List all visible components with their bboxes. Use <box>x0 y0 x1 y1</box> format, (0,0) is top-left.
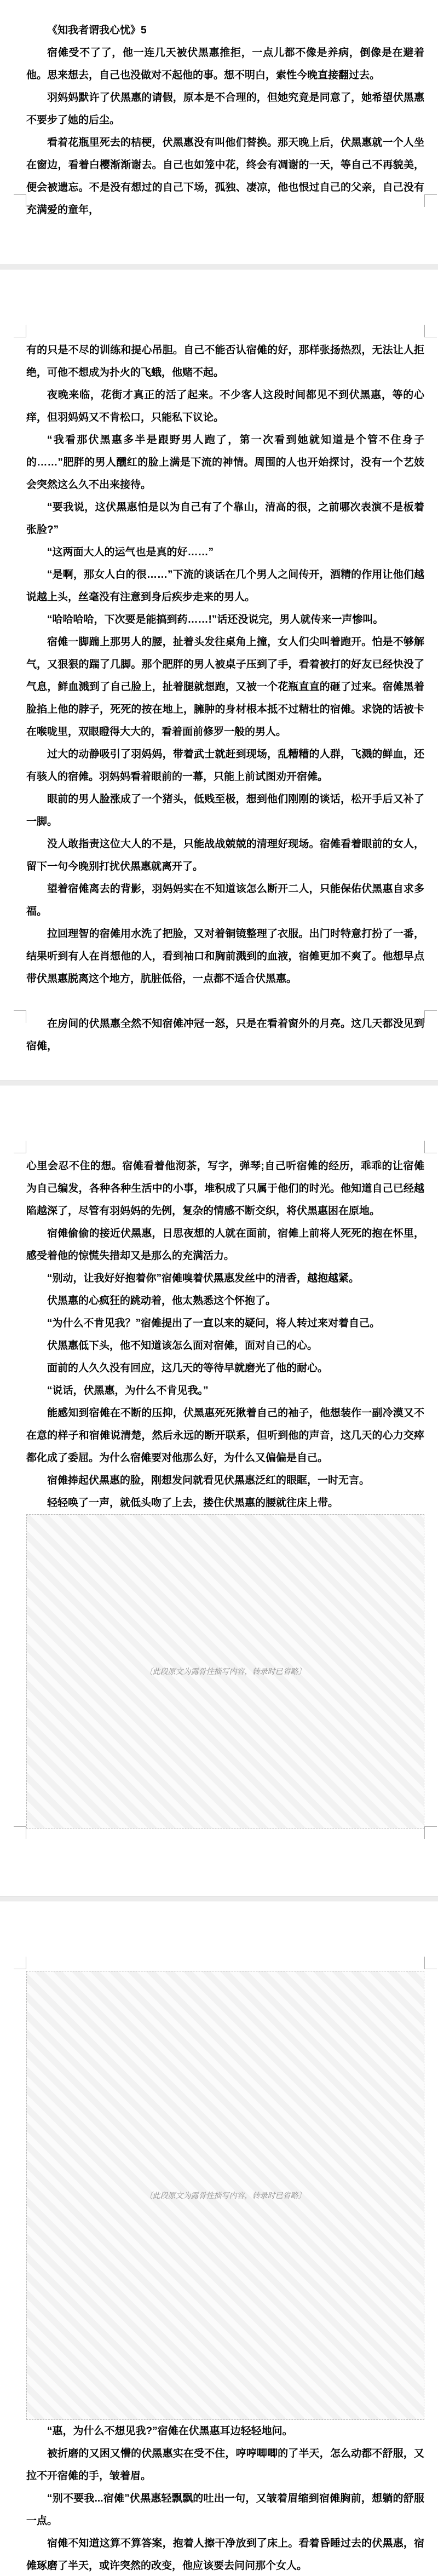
page-separator <box>0 264 438 269</box>
paragraph: 面前的人久久没有回应，这几天的等待早就磨光了他的耐心。 <box>26 1357 424 1379</box>
paragraph: 宿傩一脚踹上那男人的腰，扯着头发往桌角上撞，女人们尖叫着跑开。怕是不够解气，又狠… <box>26 631 424 743</box>
page-2-content: 有的只是不尽的训练和提心吊胆。自己不能否认宿傩的好，那样张扬热烈，无法让人拒绝，… <box>26 339 424 1057</box>
text-boundary-mark-bl <box>14 1826 26 1839</box>
paragraph: 在房间的伏黑惠全然不知宿傩冲冠一怒，只是在看着窗外的月亮。这几天都没见到宿傩， <box>26 1013 424 1057</box>
paragraph: 过大的动静吸引了羽妈妈，带着武士就赶到现场，乱糟糟的人群，飞溅的鲜血，还有骇人的… <box>26 743 424 788</box>
paragraph: 心里会忍不住的想。宿傩看着他沏茶，写字，弹琴;自己听宿傩的经历，乖乖的让宿傩为自… <box>26 1155 424 1222</box>
paragraph: 望着宿傩离去的背影，羽妈妈实在不知道该怎么断开二人，只能保佑伏黑惠自求多福。 <box>26 878 424 923</box>
paragraph: “说话，伏黑惠，为什么不肯见我。” <box>26 1379 424 1402</box>
paragraph: “别动，让我好好抱着你”宿傩嗅着伏黑惠发丝中的清香，越抱越紧。 <box>26 1267 424 1290</box>
paragraph: 没人敢指责这位大人的不是，只能战战兢兢的清理好现场。宿傩看着眼前的女人，留下一句… <box>26 833 424 878</box>
story-title: 《知我者谓我心忧》5 <box>26 19 424 42</box>
text-boundary-mark-br <box>424 194 437 207</box>
paragraph: 轻轻唤了一声，就低头吻了上去，搂住伏黑惠的腰就往床上带。 <box>26 1492 424 1514</box>
redacted-passage: 〔此段原文为露骨性描写内容，转录时已省略〕 <box>26 1971 424 2420</box>
blank-line <box>26 990 424 1013</box>
text-boundary-mark-tr <box>424 1957 437 1969</box>
text-boundary-mark-tl <box>14 325 26 337</box>
page-4: 〔此段原文为露骨性描写内容，转录时已省略〕“惠，为什么不想见我?”宿傩在伏黑惠耳… <box>0 1901 438 2576</box>
paragraph: “惠，为什么不想见我?”宿傩在伏黑惠耳边轻轻地问。 <box>26 2420 424 2442</box>
text-boundary-mark-tr <box>424 1141 437 1153</box>
page-separator <box>0 1896 438 1901</box>
page-separator <box>0 1080 438 1085</box>
paragraph: “是啊，那女人白的很……”下流的谈话在几个男人之间传开，酒精的作用让他们越说越上… <box>26 563 424 608</box>
page-1-content: 《知我者谓我心忧》5宿傩受不了了，他一连几天被伏黑惠推拒，一点儿都不像是养病，倒… <box>26 19 424 221</box>
paragraph: 宿傩偷偷的接近伏黑惠，日思夜想的人就在面前，宿傩上前将人死死的抱在怀里，感受着他… <box>26 1222 424 1267</box>
redaction-note: 〔此段原文为露骨性描写内容，转录时已省略〕 <box>123 2189 328 2201</box>
page-3-content: 心里会忍不住的想。宿傩看着他沏茶，写字，弹琴;自己听宿傩的经历，乖乖的让宿傩为自… <box>26 1155 424 1829</box>
paragraph: 能感知到宿傩在不断的压抑，伏黑惠死死揪着自己的袖子，他想装作一副冷漠又不在意的样… <box>26 1402 424 1469</box>
text-boundary-mark-bl <box>14 194 26 207</box>
paragraph: 看着花瓶里死去的桔梗，伏黑惠没有叫他们替换。那天晚上后，伏黑惠就一个人坐在窗边，… <box>26 131 424 221</box>
paragraph: 伏黑惠的心疯狂的跳动着，他太熟悉这个怀抱了。 <box>26 1290 424 1312</box>
text-boundary-mark-br <box>424 1826 437 1839</box>
paragraph: 被折磨的又困又懵的伏黑惠实在受不住，哼哼唧唧的了半天，怎么动都不舒服，又拉不开宿… <box>26 2442 424 2487</box>
page-1: 《知我者谓我心忧》5宿傩受不了了，他一连几天被伏黑惠推拒，一点儿都不像是养病，倒… <box>0 0 438 264</box>
redaction-note: 〔此段原文为露骨性描写内容，转录时已省略〕 <box>123 1665 328 1677</box>
text-boundary-mark-bl <box>14 1010 26 1023</box>
text-boundary-mark-tl <box>14 1957 26 1969</box>
page-4-content: 〔此段原文为露骨性描写内容，转录时已省略〕“惠，为什么不想见我?”宿傩在伏黑惠耳… <box>26 1971 424 2576</box>
paragraph: 宿傩不知道这算不算答案，抱着人擦干净放到了床上。看着昏睡过去的伏黑惠，宿傩琢磨了… <box>26 2532 424 2576</box>
paragraph: “我看那伏黑惠多半是跟野男人跑了，第一次看到她就知道是个管不住身子的……”肥胖的… <box>26 429 424 496</box>
paragraph: “为什么不肯见我？”宿傩提出了一直以来的疑问，将人转过来对着自己。 <box>26 1312 424 1335</box>
text-boundary-mark-tl <box>14 1141 26 1153</box>
text-boundary-mark-tr <box>424 325 437 337</box>
paragraph: 宿傩捧起伏黑惠的脸，刚想发问就看见伏黑惠泛红的眼眶，一时无言。 <box>26 1469 424 1492</box>
paragraph: 宿傩受不了了，他一连几天被伏黑惠推拒，一点儿都不像是养病，倒像是在避着他。思来想… <box>26 42 424 87</box>
text-boundary-mark-br <box>424 1010 437 1023</box>
page-2: 有的只是不尽的训练和提心吊胆。自己不能否认宿傩的好，那样张扬热烈，无法让人拒绝，… <box>0 269 438 1080</box>
paragraph: 有的只是不尽的训练和提心吊胆。自己不能否认宿傩的好，那样张扬热烈，无法让人拒绝，… <box>26 339 424 384</box>
page-3: 心里会忍不住的想。宿傩看着他沏茶，写字，弹琴;自己听宿傩的经历，乖乖的让宿傩为自… <box>0 1085 438 1896</box>
paragraph: 拉回理智的宿傩用水洗了把脸，又对着铜镜整理了衣服。出门时特意打扮了一番，结果听到… <box>26 923 424 990</box>
paragraph: “要我说，这伏黑惠怕是以为自己有了个靠山，清高的很，之前哪次表演不是板着张脸?” <box>26 496 424 541</box>
paragraph: 夜晚来临，花街才真正的活了起来。不少客人这段时间都见不到伏黑惠，等的心痒，但羽妈… <box>26 384 424 429</box>
paragraph: “别不要我...宿傩”伏黑惠轻飘飘的吐出一句，又皱着眉缩到宿傩胸前，想躺的舒服一… <box>26 2487 424 2532</box>
redacted-passage: 〔此段原文为露骨性描写内容，转录时已省略〕 <box>26 1514 424 1829</box>
paragraph: 羽妈妈默许了伏黑惠的请假，原本是不合理的，但她究竟是同意了，她希望伏黑惠不要步了… <box>26 87 424 131</box>
paragraph: “哈哈哈哈，下次要是能搞到药……!”话还没说完，男人就传来一声惨叫。 <box>26 608 424 631</box>
paragraph: “这两面大人的运气也是真的好……” <box>26 541 424 563</box>
paragraph: 眼前的男人脸涨成了一个猪头，低贱至极，想到他们刚刚的谈话，松开手后又补了一脚。 <box>26 788 424 833</box>
paragraph: 伏黑惠低下头，他不知道该怎么面对宿傩，面对自己的心。 <box>26 1335 424 1357</box>
document-view: 《知我者谓我心忧》5宿傩受不了了，他一连几天被伏黑惠推拒，一点儿都不像是养病，倒… <box>0 0 438 2576</box>
